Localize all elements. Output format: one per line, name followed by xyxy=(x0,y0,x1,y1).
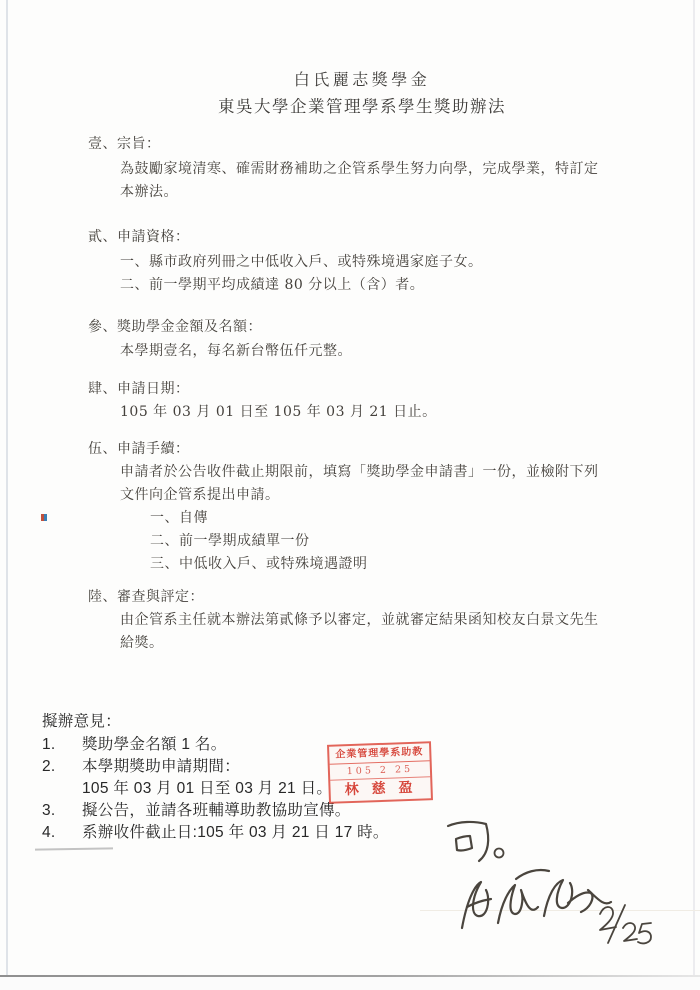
scanned-document-page: 白氏麗志獎學金 東吳大學企業管理學系學生獎助辦法 壹、宗旨： 為鼓勵家境清寒、確… xyxy=(0,0,700,990)
handwritten-annotation xyxy=(420,795,700,960)
section-2-line: 一、縣市政府列冊之中低收入戶、或特殊境遇家庭子女。 xyxy=(120,255,483,269)
section-6-line: 給獎。 xyxy=(120,636,164,650)
section-2-header: 貳、申請資格： xyxy=(88,230,190,244)
section-3-header: 參、獎助學金金額及名額： xyxy=(88,320,262,334)
department-red-stamp: 企業管理學系助教 105 2 25 林 慈 盈 xyxy=(327,741,433,804)
memo-item-number: 2. xyxy=(42,759,56,775)
memo-item-number: 1. xyxy=(42,737,56,753)
scan-left-edge xyxy=(6,0,8,990)
section-5-list-item: 二、前一學期成績單一份 xyxy=(150,534,310,548)
section-1-line: 為鼓勵家境清寒、確需財務補助之企管系學生努力向學，完成學業，特訂定 xyxy=(120,162,599,176)
document-title: 白氏麗志獎學金 xyxy=(24,72,700,88)
memo-item-number: 4. xyxy=(42,825,56,841)
section-4-line: 105 年 03 月 01 日至 105 年 03 月 21 日止。 xyxy=(120,405,437,419)
section-2-line: 二、前一學期平均成績達 80 分以上（含）者。 xyxy=(120,278,424,292)
section-4-header: 肆、申請日期： xyxy=(88,382,190,396)
section-1-header: 壹、宗旨： xyxy=(88,137,161,151)
memo-item-text: 本學期獎助申請期間： xyxy=(82,759,240,775)
section-5-line: 文件向企管系提出申請。 xyxy=(120,488,280,502)
section-5-list-item: 三、中低收入戶、或特殊境遇證明 xyxy=(150,557,368,571)
pencil-underline-mark xyxy=(35,847,113,850)
section-1-line: 本辦法。 xyxy=(120,185,178,199)
section-3-line: 本學期壹名，每名新台幣伍仟元整。 xyxy=(120,344,352,358)
signature-handwriting xyxy=(462,870,611,928)
memo-item-number: 3. xyxy=(42,803,56,819)
scan-below-page-area xyxy=(0,977,700,990)
section-6-header: 陸、審查與評定： xyxy=(88,590,204,604)
stamp-name: 林 慈 盈 xyxy=(330,777,431,801)
document-subtitle: 東吳大學企業管理學系學生獎助辦法 xyxy=(24,99,700,116)
approval-mark-handwriting xyxy=(448,822,504,861)
section-6-line: 由企管系主任就本辦法第貳條予以審定，並就審定結果函知校友白景文先生 xyxy=(120,613,599,627)
handwritten-date xyxy=(600,905,651,943)
memo-item-continuation: 105 年 03 月 01 日至 03 月 21 日。 xyxy=(82,781,332,797)
section-5-line: 申請者於公告收件截止期限前，填寫「獎助學金申請書」一份，並檢附下列 xyxy=(120,465,599,479)
memo-item-text: 系辦收件截止日:105 年 03 月 21 日 17 時。 xyxy=(82,825,389,841)
memo-item-text: 獎助學金名額 1 名。 xyxy=(82,737,227,753)
memo-item-text: 擬公告，並請各班輔導助教協助宣傳。 xyxy=(82,803,351,819)
section-5-header: 伍、申請手續： xyxy=(88,442,190,456)
scan-speck xyxy=(44,514,47,521)
memo-heading: 擬辦意見： xyxy=(42,714,121,730)
section-5-list-item: 一、自傳 xyxy=(150,511,208,525)
